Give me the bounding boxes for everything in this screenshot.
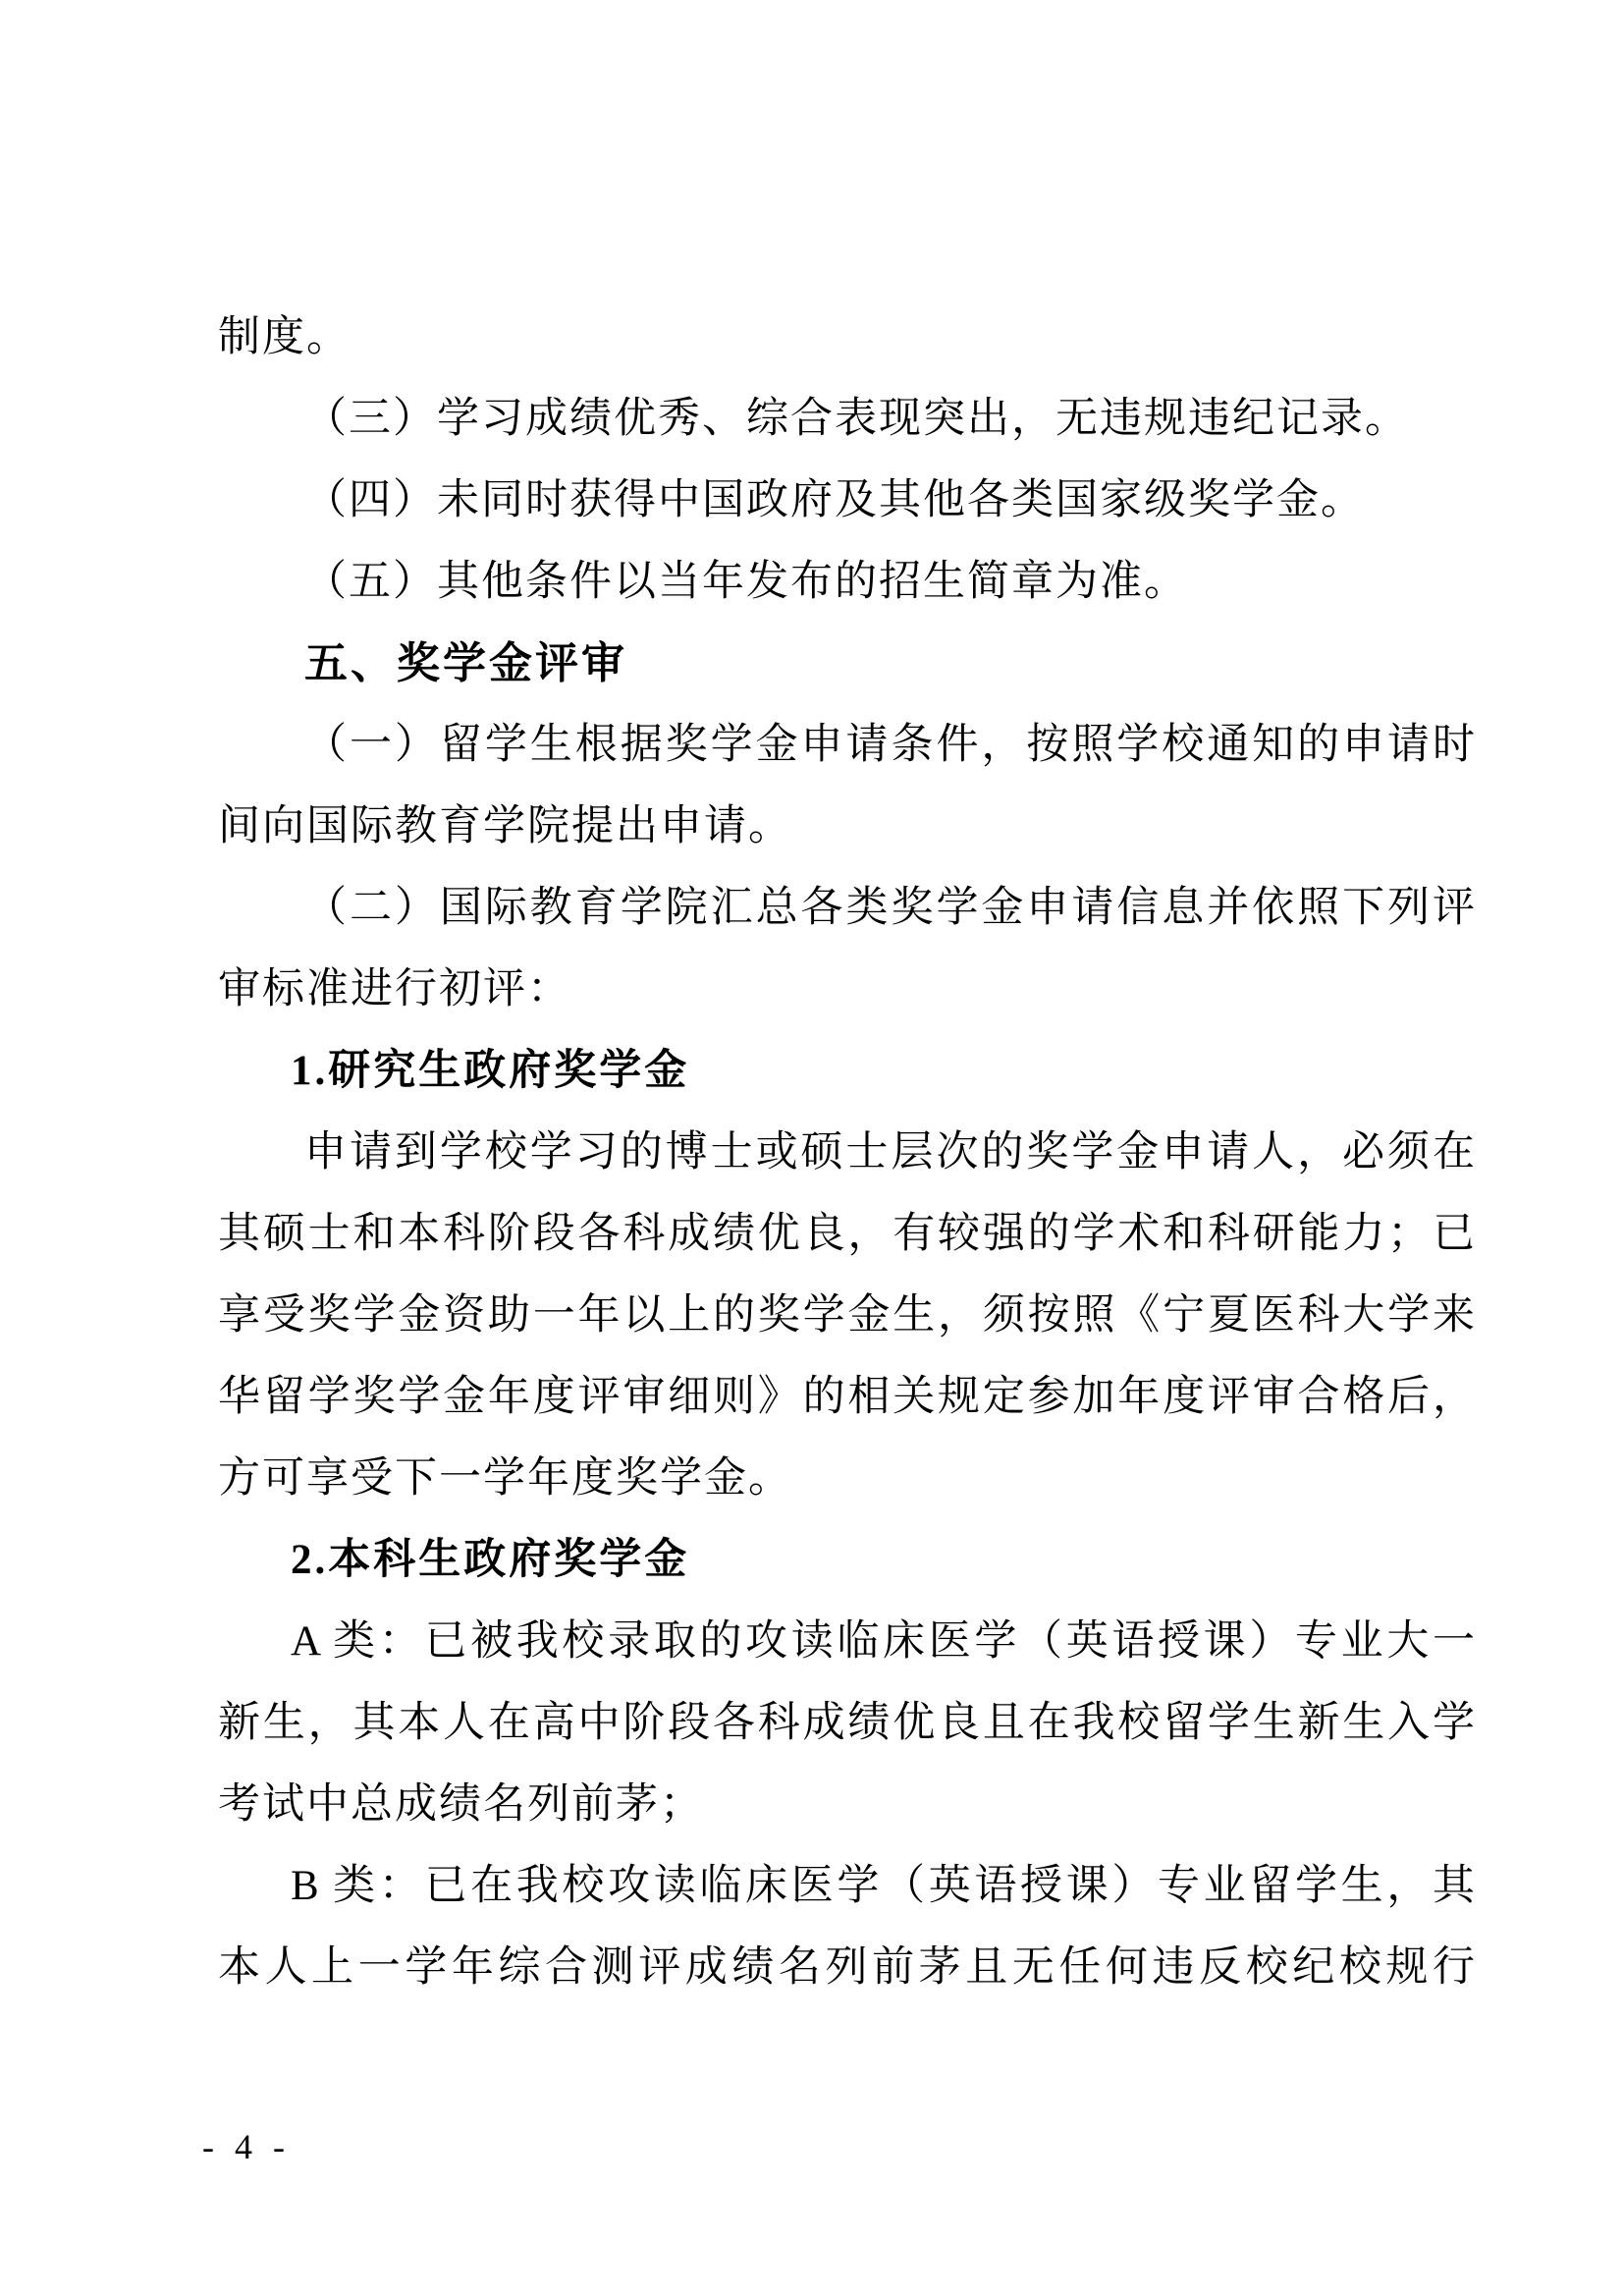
text-line: A 类：已被我校录取的攻读临床医学（英语授课）专业大一 <box>218 1601 1475 1682</box>
text-line: 享受奖学金资助一年以上的奖学金生，须按照《宁夏医科大学来 <box>218 1275 1475 1356</box>
text-line: 申请到学校学习的博士或硕士层次的奖学金申请人，必须在 <box>218 1112 1475 1193</box>
text-line: （一）留学生根据奖学金申请条件，按照学校通知的申请时 <box>218 704 1475 786</box>
text-line: 间向国际教育学院提出申请。 <box>218 786 1475 867</box>
text-line: （三）学习成绩优秀、综合表现突出，无违规违纪记录。 <box>218 378 1475 460</box>
text-line: （五）其他条件以当年发布的招生简章为准。 <box>218 541 1475 623</box>
text-line: （二）国际教育学院汇总各类奖学金申请信息并依照下列评 <box>218 867 1475 949</box>
text-line: 方可享受下一学年度奖学金。 <box>218 1438 1475 1519</box>
text-line: B 类：已在我校攻读临床医学（英语授课）专业留学生，其 <box>218 1845 1475 1927</box>
subsection-heading: 2.本科生政府奖学金 <box>218 1519 1475 1601</box>
section-heading: 五、奖学金评审 <box>218 623 1475 704</box>
text-line: 考试中总成绩名列前茅； <box>218 1764 1475 1845</box>
text-line: （四）未同时获得中国政府及其他各类国家级奖学金。 <box>218 460 1475 541</box>
text-line: 其硕士和本科阶段各科成绩优良，有较强的学术和科研能力；已 <box>218 1193 1475 1275</box>
page-number: - 4 - <box>202 2123 291 2170</box>
text-line: 制度。 <box>218 297 1475 378</box>
document-page: { "page": { "background_color": "#ffffff… <box>0 0 1623 2296</box>
text-line: 新生，其本人在高中阶段各科成绩优良且在我校留学生新生入学 <box>218 1682 1475 1764</box>
subsection-heading: 1.研究生政府奖学金 <box>218 1030 1475 1112</box>
document-body-text: 制度。 （三）学习成绩优秀、综合表现突出，无违规违纪记录。 （四）未同时获得中国… <box>218 297 1475 2008</box>
text-line: 华留学奖学金年度评审细则》的相关规定参加年度评审合格后， <box>218 1356 1475 1438</box>
text-line: 本人上一学年综合测评成绩名列前茅且无任何违反校纪校规行 <box>218 1927 1475 2008</box>
text-line: 审标准进行初评： <box>218 949 1475 1030</box>
